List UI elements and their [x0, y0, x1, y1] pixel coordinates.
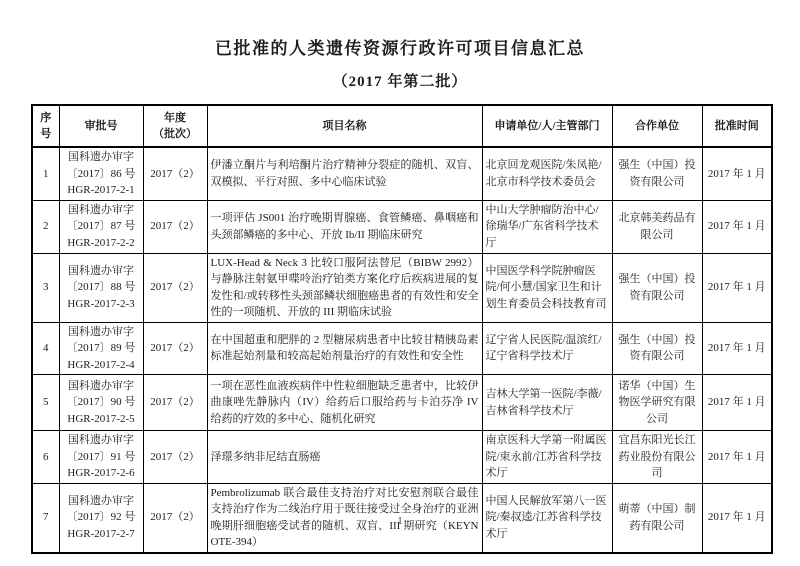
- cell-approval-time: 2017 年 1 月: [702, 253, 772, 322]
- header-applicant: 申请单位/人/主管部门: [482, 105, 612, 147]
- cell-seq: 2: [32, 200, 59, 253]
- cell-applicant: 南京医科大学第一附属医院/束永前/江苏省科学技术厅: [482, 431, 612, 484]
- cell-approval-no: 国科遗办审字 〔2017〕89 号 HGR-2017-2-4: [59, 322, 143, 375]
- cell-approval-no: 国科遗办审字 〔2017〕90 号 HGR-2017-2-5: [59, 375, 143, 431]
- cell-applicant: 吉林大学第一医院/李薇/吉林省科学技术厅: [482, 375, 612, 431]
- page-subtitle: （2017 年第二批）: [0, 70, 800, 91]
- cell-seq: 3: [32, 253, 59, 322]
- cell-approval-no: 国科遗办审字 〔2017〕86 号 HGR-2017-2-1: [59, 147, 143, 200]
- cell-seq: 4: [32, 322, 59, 375]
- header-year-batch: 年度 （批次）: [143, 105, 207, 147]
- cell-year-batch: 2017（2）: [143, 322, 207, 375]
- cell-project-name: 一项在恶性血液疾病伴中性粒细胞缺乏患者中，比较伊曲康唑先静脉内（IV）给药后口服…: [207, 375, 482, 431]
- cell-partner: 强生（中国）投资有限公司: [612, 147, 702, 200]
- cell-project-name: 伊潘立酮片与利培酮片治疗精神分裂症的随机、双盲、双模拟、平行对照、多中心临床试验: [207, 147, 482, 200]
- cell-project-name: 在中国超重和肥胖的 2 型糖尿病患者中比较甘精胰岛素标准起始剂量和较高起始剂量治…: [207, 322, 482, 375]
- table-header-row: 序 号 审批号 年度 （批次） 项目名称 申请单位/人/主管部门 合作单位 批准…: [32, 105, 772, 147]
- cell-year-batch: 2017（2）: [143, 431, 207, 484]
- page-number: 1: [0, 516, 800, 527]
- cell-partner: 北京韩美药品有限公司: [612, 200, 702, 253]
- cell-approval-no: 国科遗办审字 〔2017〕87 号 HGR-2017-2-2: [59, 200, 143, 253]
- cell-partner: 宜昌东阳光长江药业股份有限公司: [612, 431, 702, 484]
- page-title: 已批准的人类遗传资源行政许可项目信息汇总: [0, 34, 800, 59]
- cell-year-batch: 2017（2）: [143, 200, 207, 253]
- table-row: 4 国科遗办审字 〔2017〕89 号 HGR-2017-2-4 2017（2）…: [32, 322, 772, 375]
- cell-project-name: 泽璟多纳非尼结直肠癌: [207, 431, 482, 484]
- table-row: 1 国科遗办审字 〔2017〕86 号 HGR-2017-2-1 2017（2）…: [32, 147, 772, 200]
- cell-partner: 诺华（中国）生物医学研究有限公司: [612, 375, 702, 431]
- cell-seq: 1: [32, 147, 59, 200]
- cell-seq: 6: [32, 431, 59, 484]
- cell-approval-time: 2017 年 1 月: [702, 200, 772, 253]
- table-row: 6 国科遗办审字 〔2017〕91 号 HGR-2017-2-6 2017（2）…: [32, 431, 772, 484]
- cell-year-batch: 2017（2）: [143, 253, 207, 322]
- header-project-name: 项目名称: [207, 105, 482, 147]
- cell-approval-time: 2017 年 1 月: [702, 431, 772, 484]
- cell-year-batch: 2017（2）: [143, 375, 207, 431]
- table-row: 5 国科遗办审字 〔2017〕90 号 HGR-2017-2-5 2017（2）…: [32, 375, 772, 431]
- cell-seq: 5: [32, 375, 59, 431]
- cell-approval-time: 2017 年 1 月: [702, 322, 772, 375]
- cell-partner: 强生（中国）投资有限公司: [612, 253, 702, 322]
- cell-approval-time: 2017 年 1 月: [702, 147, 772, 200]
- cell-partner: 强生（中国）投资有限公司: [612, 322, 702, 375]
- cell-applicant: 北京回龙观医院/朱凤艳/北京市科学技术委员会: [482, 147, 612, 200]
- cell-applicant: 中山大学肿瘤防治中心/徐瑞华/广东省科学技术厅: [482, 200, 612, 253]
- document-page: 已批准的人类遗传资源行政许可项目信息汇总 （2017 年第二批） 序 号 审批号…: [0, 0, 800, 566]
- cell-approval-time: 2017 年 1 月: [702, 375, 772, 431]
- cell-project-name: 一项评估 JS001 治疗晚期胃腺癌、食管鳞癌、鼻咽癌和头颈部鳞癌的多中心、开放…: [207, 200, 482, 253]
- header-approval-no: 审批号: [59, 105, 143, 147]
- header-seq: 序 号: [32, 105, 59, 147]
- cell-approval-no: 国科遗办审字 〔2017〕91 号 HGR-2017-2-6: [59, 431, 143, 484]
- cell-applicant: 辽宁省人民医院/温滨红/辽宁省科学技术厅: [482, 322, 612, 375]
- approval-projects-table: 序 号 审批号 年度 （批次） 项目名称 申请单位/人/主管部门 合作单位 批准…: [31, 104, 773, 554]
- cell-year-batch: 2017（2）: [143, 147, 207, 200]
- table-row: 3 国科遗办审字 〔2017〕88 号 HGR-2017-2-3 2017（2）…: [32, 253, 772, 322]
- cell-project-name: LUX-Head & Neck 3 比较口服阿法替尼（BIBW 2992）与静脉…: [207, 253, 482, 322]
- cell-approval-no: 国科遗办审字 〔2017〕88 号 HGR-2017-2-3: [59, 253, 143, 322]
- header-partner: 合作单位: [612, 105, 702, 147]
- header-approval-time: 批准时间: [702, 105, 772, 147]
- table-row: 2 国科遗办审字 〔2017〕87 号 HGR-2017-2-2 2017（2）…: [32, 200, 772, 253]
- cell-applicant: 中国医学科学院肿瘤医院/何小慧/国家卫生和计划生育委员会科技教育司: [482, 253, 612, 322]
